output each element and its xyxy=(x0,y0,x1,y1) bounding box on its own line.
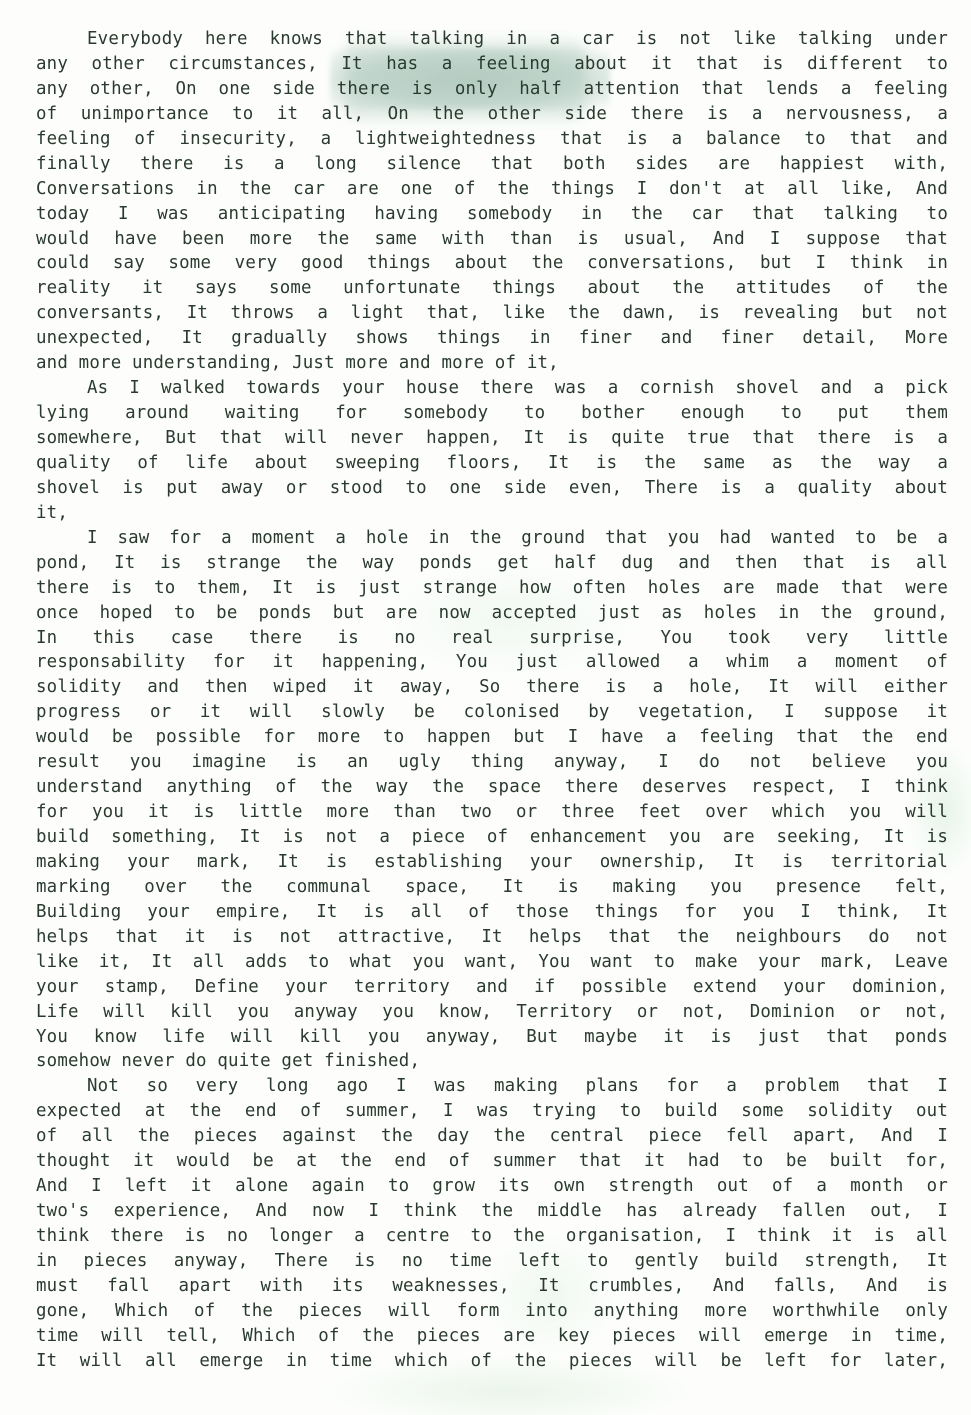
text-line: helps that it is not attractive, It help… xyxy=(36,925,948,950)
text-line: would have been more the same with than … xyxy=(36,227,948,252)
text-line: And I left it alone again to grow its ow… xyxy=(36,1174,948,1199)
paragraph: Everybody here knows that talking in a c… xyxy=(36,27,948,376)
text-line: like it, It all adds to what you want, Y… xyxy=(36,950,948,975)
text-line: Not so very long ago I was making plans … xyxy=(36,1074,948,1099)
text-line: of all the pieces against the day the ce… xyxy=(36,1124,948,1149)
text-line: it, xyxy=(36,501,948,526)
text-line: responsability for it happening, You jus… xyxy=(36,650,948,675)
text-line: gone, Which of the pieces will form into… xyxy=(36,1299,948,1324)
text-line: two's experience, And now I think the mi… xyxy=(36,1199,948,1224)
text-line: quality of life about sweeping floors, I… xyxy=(36,451,948,476)
text-line: You know life will kill you anyway, But … xyxy=(36,1025,948,1050)
text-line: today I was anticipating having somebody… xyxy=(36,202,948,227)
typed-document-page: Everybody here knows that talking in a c… xyxy=(36,27,948,1374)
text-line: of unimportance to it all, On the other … xyxy=(36,102,948,127)
text-line: solidity and then wiped it away, So ther… xyxy=(36,675,948,700)
text-line: somehow never do quite get finished, xyxy=(36,1049,948,1074)
text-line: unexpected, It gradually shows things in… xyxy=(36,326,948,351)
text-line: expected at the end of summer, I was try… xyxy=(36,1099,948,1124)
text-line: your stamp, Define your territory and if… xyxy=(36,975,948,1000)
text-line: progress or it will slowly be colonised … xyxy=(36,700,948,725)
text-line: could say some very good things about th… xyxy=(36,251,948,276)
text-line: think there is no longer a centre to the… xyxy=(36,1224,948,1249)
text-line: conversants, It throws a light that, lik… xyxy=(36,301,948,326)
text-line: would be possible for more to happen but… xyxy=(36,725,948,750)
text-line: Building your empire, It is all of those… xyxy=(36,900,948,925)
text-line: there is to them, It is just strange how… xyxy=(36,576,948,601)
text-line: shovel is put away or stood to one side … xyxy=(36,476,948,501)
text-line: Conversations in the car are one of the … xyxy=(36,177,948,202)
paragraph: Not so very long ago I was making plans … xyxy=(36,1074,948,1373)
text-line: making your mark, It is establishing you… xyxy=(36,850,948,875)
text-line: finally there is a long silence that bot… xyxy=(36,152,948,177)
text-line: marking over the communal space, It is m… xyxy=(36,875,948,900)
text-line: Life will kill you anyway you know, Terr… xyxy=(36,1000,948,1025)
paragraph: As I walked towards your house there was… xyxy=(36,376,948,526)
text-line: in pieces anyway, There is no time left … xyxy=(36,1249,948,1274)
text-line: In this case there is no real surprise, … xyxy=(36,626,948,651)
text-line: As I walked towards your house there was… xyxy=(36,376,948,401)
text-line: must fall apart with its weaknesses, It … xyxy=(36,1274,948,1299)
text-line: time will tell, Which of the pieces are … xyxy=(36,1324,948,1349)
text-line: thought it would be at the end of summer… xyxy=(36,1149,948,1174)
text-line: result you imagine is an ugly thing anyw… xyxy=(36,750,948,775)
text-line: once hoped to be ponds but are now accep… xyxy=(36,601,948,626)
text-line: pond, It is strange the way ponds get ha… xyxy=(36,551,948,576)
text-line: any other circumstances, It has a feelin… xyxy=(36,52,948,77)
text-line: for you it is little more than two or th… xyxy=(36,800,948,825)
text-line: and more understanding, Just more and mo… xyxy=(36,351,948,376)
text-line: build something, It is not a piece of en… xyxy=(36,825,948,850)
text-line: reality it says some unfortunate things … xyxy=(36,276,948,301)
text-line: feeling of insecurity, a lightweightedne… xyxy=(36,127,948,152)
text-line: understand anything of the way the space… xyxy=(36,775,948,800)
text-line: somewhere, But that will never happen, I… xyxy=(36,426,948,451)
text-line: I saw for a moment a hole in the ground … xyxy=(36,526,948,551)
text-line: lying around waiting for somebody to bot… xyxy=(36,401,948,426)
text-line: any other, On one side there is only hal… xyxy=(36,77,948,102)
paragraph: I saw for a moment a hole in the ground … xyxy=(36,526,948,1075)
text-line: It will all emerge in time which of the … xyxy=(36,1349,948,1374)
text-line: Everybody here knows that talking in a c… xyxy=(36,27,948,52)
